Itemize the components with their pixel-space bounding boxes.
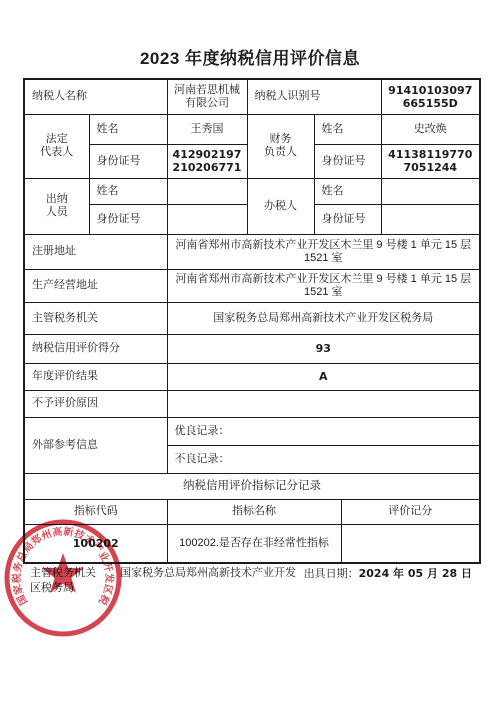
- indicator-name-value: 100202.是否存在非经常性指标: [167, 524, 341, 563]
- credit-score-label: 纳税信用评价得分: [24, 334, 167, 363]
- row-indicator-data: 100202 100202.是否存在非经常性指标: [24, 524, 480, 563]
- external-ref-label: 外部参考信息: [24, 417, 167, 473]
- legal-rep-label: 法定 代表人: [24, 114, 89, 178]
- row-indicator-header: 指标代码 指标名称 评价记分: [24, 499, 480, 524]
- footer-date-value: 2024 年 05 月 28 日: [359, 567, 472, 580]
- indicator-code-value: 100202: [24, 524, 167, 563]
- bad-record-label: 不良记录：: [167, 445, 480, 473]
- footer-issue-date: 出具日期：2024 年 05 月 28 日: [304, 566, 472, 582]
- indicator-header-score: 评价记分: [341, 499, 480, 524]
- taxpayer-name-value: 河南若思机械有限公司: [167, 79, 247, 114]
- credit-score-value: 93: [167, 334, 480, 363]
- tax-clerk-label: 办税人: [247, 178, 314, 234]
- tax-authority-value: 国家税务总局郑州高新技术产业开发区税务局: [167, 302, 480, 334]
- annual-result-value: A: [167, 363, 480, 390]
- cashier-id-value: [167, 204, 247, 234]
- footer: 主管税务机关国家税务总局郑州高新技术产业开发区税务局 出具日期：2024 年 0…: [30, 566, 472, 596]
- tax-clerk-id-value: [381, 204, 480, 234]
- no-eval-reason-label: 不予评价原因: [24, 390, 167, 417]
- indicator-header-code: 指标代码: [24, 499, 167, 524]
- row-taxpayer: 纳税人名称 河南若思机械有限公司 纳税人识别号 9141010309766515…: [24, 79, 480, 114]
- tax-credit-table: 纳税人名称 河南若思机械有限公司 纳税人识别号 9141010309766515…: [23, 78, 481, 564]
- row-cashier-name: 出纳 人员 姓名 办税人 姓名: [24, 178, 480, 204]
- finance-head-label: 财务 负责人: [247, 114, 314, 178]
- cashier-name-value: [167, 178, 247, 204]
- taxpayer-id-label: 纳税人识别号: [247, 79, 381, 114]
- row-tax-authority: 主管税务机关 国家税务总局郑州高新技术产业开发区税务局: [24, 302, 480, 334]
- row-no-eval-reason: 不予评价原因: [24, 390, 480, 417]
- registered-address-value: 河南省郑州市高新技术产业开发区木兰里 9 号楼 1 单元 15 层 1521 室: [167, 234, 480, 269]
- tax-clerk-id-label: 身份证号: [314, 204, 381, 234]
- document-page: 2023 年度纳税信用评价信息 纳税人名称 河南若思机械有限公司 纳税人识别号 …: [0, 0, 500, 708]
- page-title: 2023 年度纳税信用评价信息: [0, 44, 500, 69]
- no-eval-reason-value: [167, 390, 480, 417]
- good-record-label: 优良记录：: [167, 417, 480, 445]
- legal-rep-name-label: 姓名: [89, 114, 167, 144]
- legal-rep-id-label: 身份证号: [89, 144, 167, 178]
- indicator-header-name: 指标名称: [167, 499, 341, 524]
- finance-head-name-label: 姓名: [314, 114, 381, 144]
- indicator-section-title: 纳税信用评价指标记分记录: [24, 473, 480, 499]
- cashier-label: 出纳 人员: [24, 178, 89, 234]
- row-annual-result: 年度评价结果 A: [24, 363, 480, 390]
- row-good-record: 外部参考信息 优良记录：: [24, 417, 480, 445]
- footer-authority-label: 主管税务机关: [30, 567, 96, 579]
- tax-authority-label: 主管税务机关: [24, 302, 167, 334]
- row-registered-address: 注册地址 河南省郑州市高新技术产业开发区木兰里 9 号楼 1 单元 15 层 1…: [24, 234, 480, 269]
- business-address-value: 河南省郑州市高新技术产业开发区木兰里 9 号楼 1 单元 15 层 1521 室: [167, 269, 480, 302]
- finance-head-id-value: 411381197707051244: [381, 144, 480, 178]
- registered-address-label: 注册地址: [24, 234, 167, 269]
- footer-date-label: 出具日期：: [304, 568, 359, 580]
- finance-head-name-value: 史改焕: [381, 114, 480, 144]
- annual-result-label: 年度评价结果: [24, 363, 167, 390]
- tax-clerk-name-value: [381, 178, 480, 204]
- footer-authority: 主管税务机关国家税务总局郑州高新技术产业开发区税务局: [30, 566, 304, 596]
- tax-clerk-name-label: 姓名: [314, 178, 381, 204]
- finance-head-id-label: 身份证号: [314, 144, 381, 178]
- indicator-score-value: [341, 524, 480, 563]
- row-legal-rep-name: 法定 代表人 姓名 王秀国 财务 负责人 姓名 史改焕: [24, 114, 480, 144]
- legal-rep-id-value: 412902197210206771: [167, 144, 247, 178]
- legal-rep-name-value: 王秀国: [167, 114, 247, 144]
- cashier-id-label: 身份证号: [89, 204, 167, 234]
- taxpayer-name-label: 纳税人名称: [24, 79, 167, 114]
- row-business-address: 生产经营地址 河南省郑州市高新技术产业开发区木兰里 9 号楼 1 单元 15 层…: [24, 269, 480, 302]
- row-indicator-section: 纳税信用评价指标记分记录: [24, 473, 480, 499]
- taxpayer-id-value: 91410103097665155D: [381, 79, 480, 114]
- row-credit-score: 纳税信用评价得分 93: [24, 334, 480, 363]
- business-address-label: 生产经营地址: [24, 269, 167, 302]
- cashier-name-label: 姓名: [89, 178, 167, 204]
